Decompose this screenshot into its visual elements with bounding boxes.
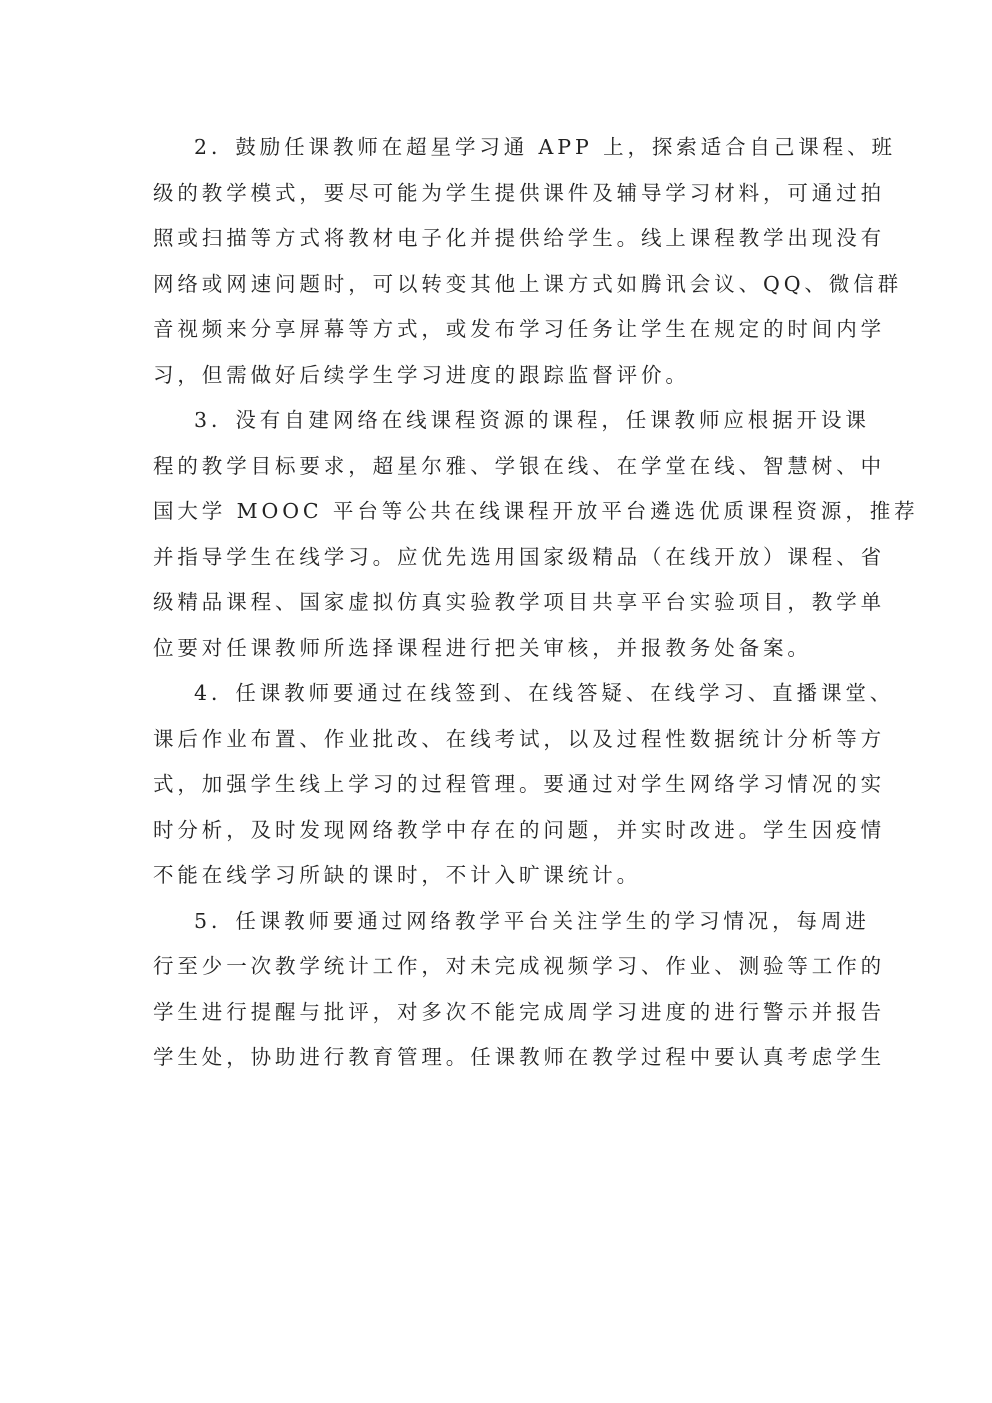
text-line: 学生进行提醒与批评，对多次不能完成周学习进度的进行警示并报告 — [153, 993, 841, 1039]
text-line: 行至少一次教学统计工作，对未完成视频学习、作业、测验等工作的 — [153, 947, 841, 993]
text-line: 5．任课教师要通过网络教学平台关注学生的学习情况，每周进 — [153, 902, 841, 948]
paragraph-item-5: 5．任课教师要通过网络教学平台关注学生的学习情况，每周进 行至少一次教学统计工作… — [153, 902, 841, 1084]
text-line: 国大学 MOOC 平台等公共在线课程开放平台遴选优质课程资源，推荐 — [153, 492, 841, 538]
text-line: 式，加强学生线上学习的过程管理。要通过对学生网络学习情况的实 — [153, 765, 841, 811]
paragraph-item-2: 2．鼓励任课教师在超星学习通 APP 上，探索适合自己课程、班 级的教学模式，要… — [153, 128, 841, 401]
text-line: 并指导学生在线学习。应优先选用国家级精品（在线开放）课程、省 — [153, 538, 841, 584]
document-page: 2．鼓励任课教师在超星学习通 APP 上，探索适合自己课程、班 级的教学模式，要… — [153, 128, 841, 1084]
text-line: 4．任课教师要通过在线签到、在线答疑、在线学习、直播课堂、 — [153, 674, 841, 720]
text-line: 时分析，及时发现网络教学中存在的问题，并实时改进。学生因疫情 — [153, 811, 841, 857]
text-line: 学生处，协助进行教育管理。任课教师在教学过程中要认真考虑学生 — [153, 1038, 841, 1084]
text-line: 网络或网速问题时，可以转变其他上课方式如腾讯会议、QQ、微信群 — [153, 265, 841, 311]
text-line: 照或扫描等方式将教材电子化并提供给学生。线上课程教学出现没有 — [153, 219, 841, 265]
text-line: 2．鼓励任课教师在超星学习通 APP 上，探索适合自己课程、班 — [153, 128, 841, 174]
text-line: 习，但需做好后续学生学习进度的跟踪监督评价。 — [153, 356, 841, 402]
text-line: 3．没有自建网络在线课程资源的课程，任课教师应根据开设课 — [153, 401, 841, 447]
paragraph-item-3: 3．没有自建网络在线课程资源的课程，任课教师应根据开设课 程的教学目标要求，超星… — [153, 401, 841, 674]
text-line: 位要对任课教师所选择课程进行把关审核，并报教务处备案。 — [153, 629, 841, 675]
text-line: 不能在线学习所缺的课时，不计入旷课统计。 — [153, 856, 841, 902]
paragraph-item-4: 4．任课教师要通过在线签到、在线答疑、在线学习、直播课堂、 课后作业布置、作业批… — [153, 674, 841, 902]
text-line: 程的教学目标要求，超星尔雅、学银在线、在学堂在线、智慧树、中 — [153, 447, 841, 493]
text-line: 级的教学模式，要尽可能为学生提供课件及辅导学习材料，可通过拍 — [153, 174, 841, 220]
text-line: 音视频来分享屏幕等方式，或发布学习任务让学生在规定的时间内学 — [153, 310, 841, 356]
text-line: 级精品课程、国家虚拟仿真实验教学项目共享平台实验项目，教学单 — [153, 583, 841, 629]
text-line: 课后作业布置、作业批改、在线考试，以及过程性数据统计分析等方 — [153, 720, 841, 766]
